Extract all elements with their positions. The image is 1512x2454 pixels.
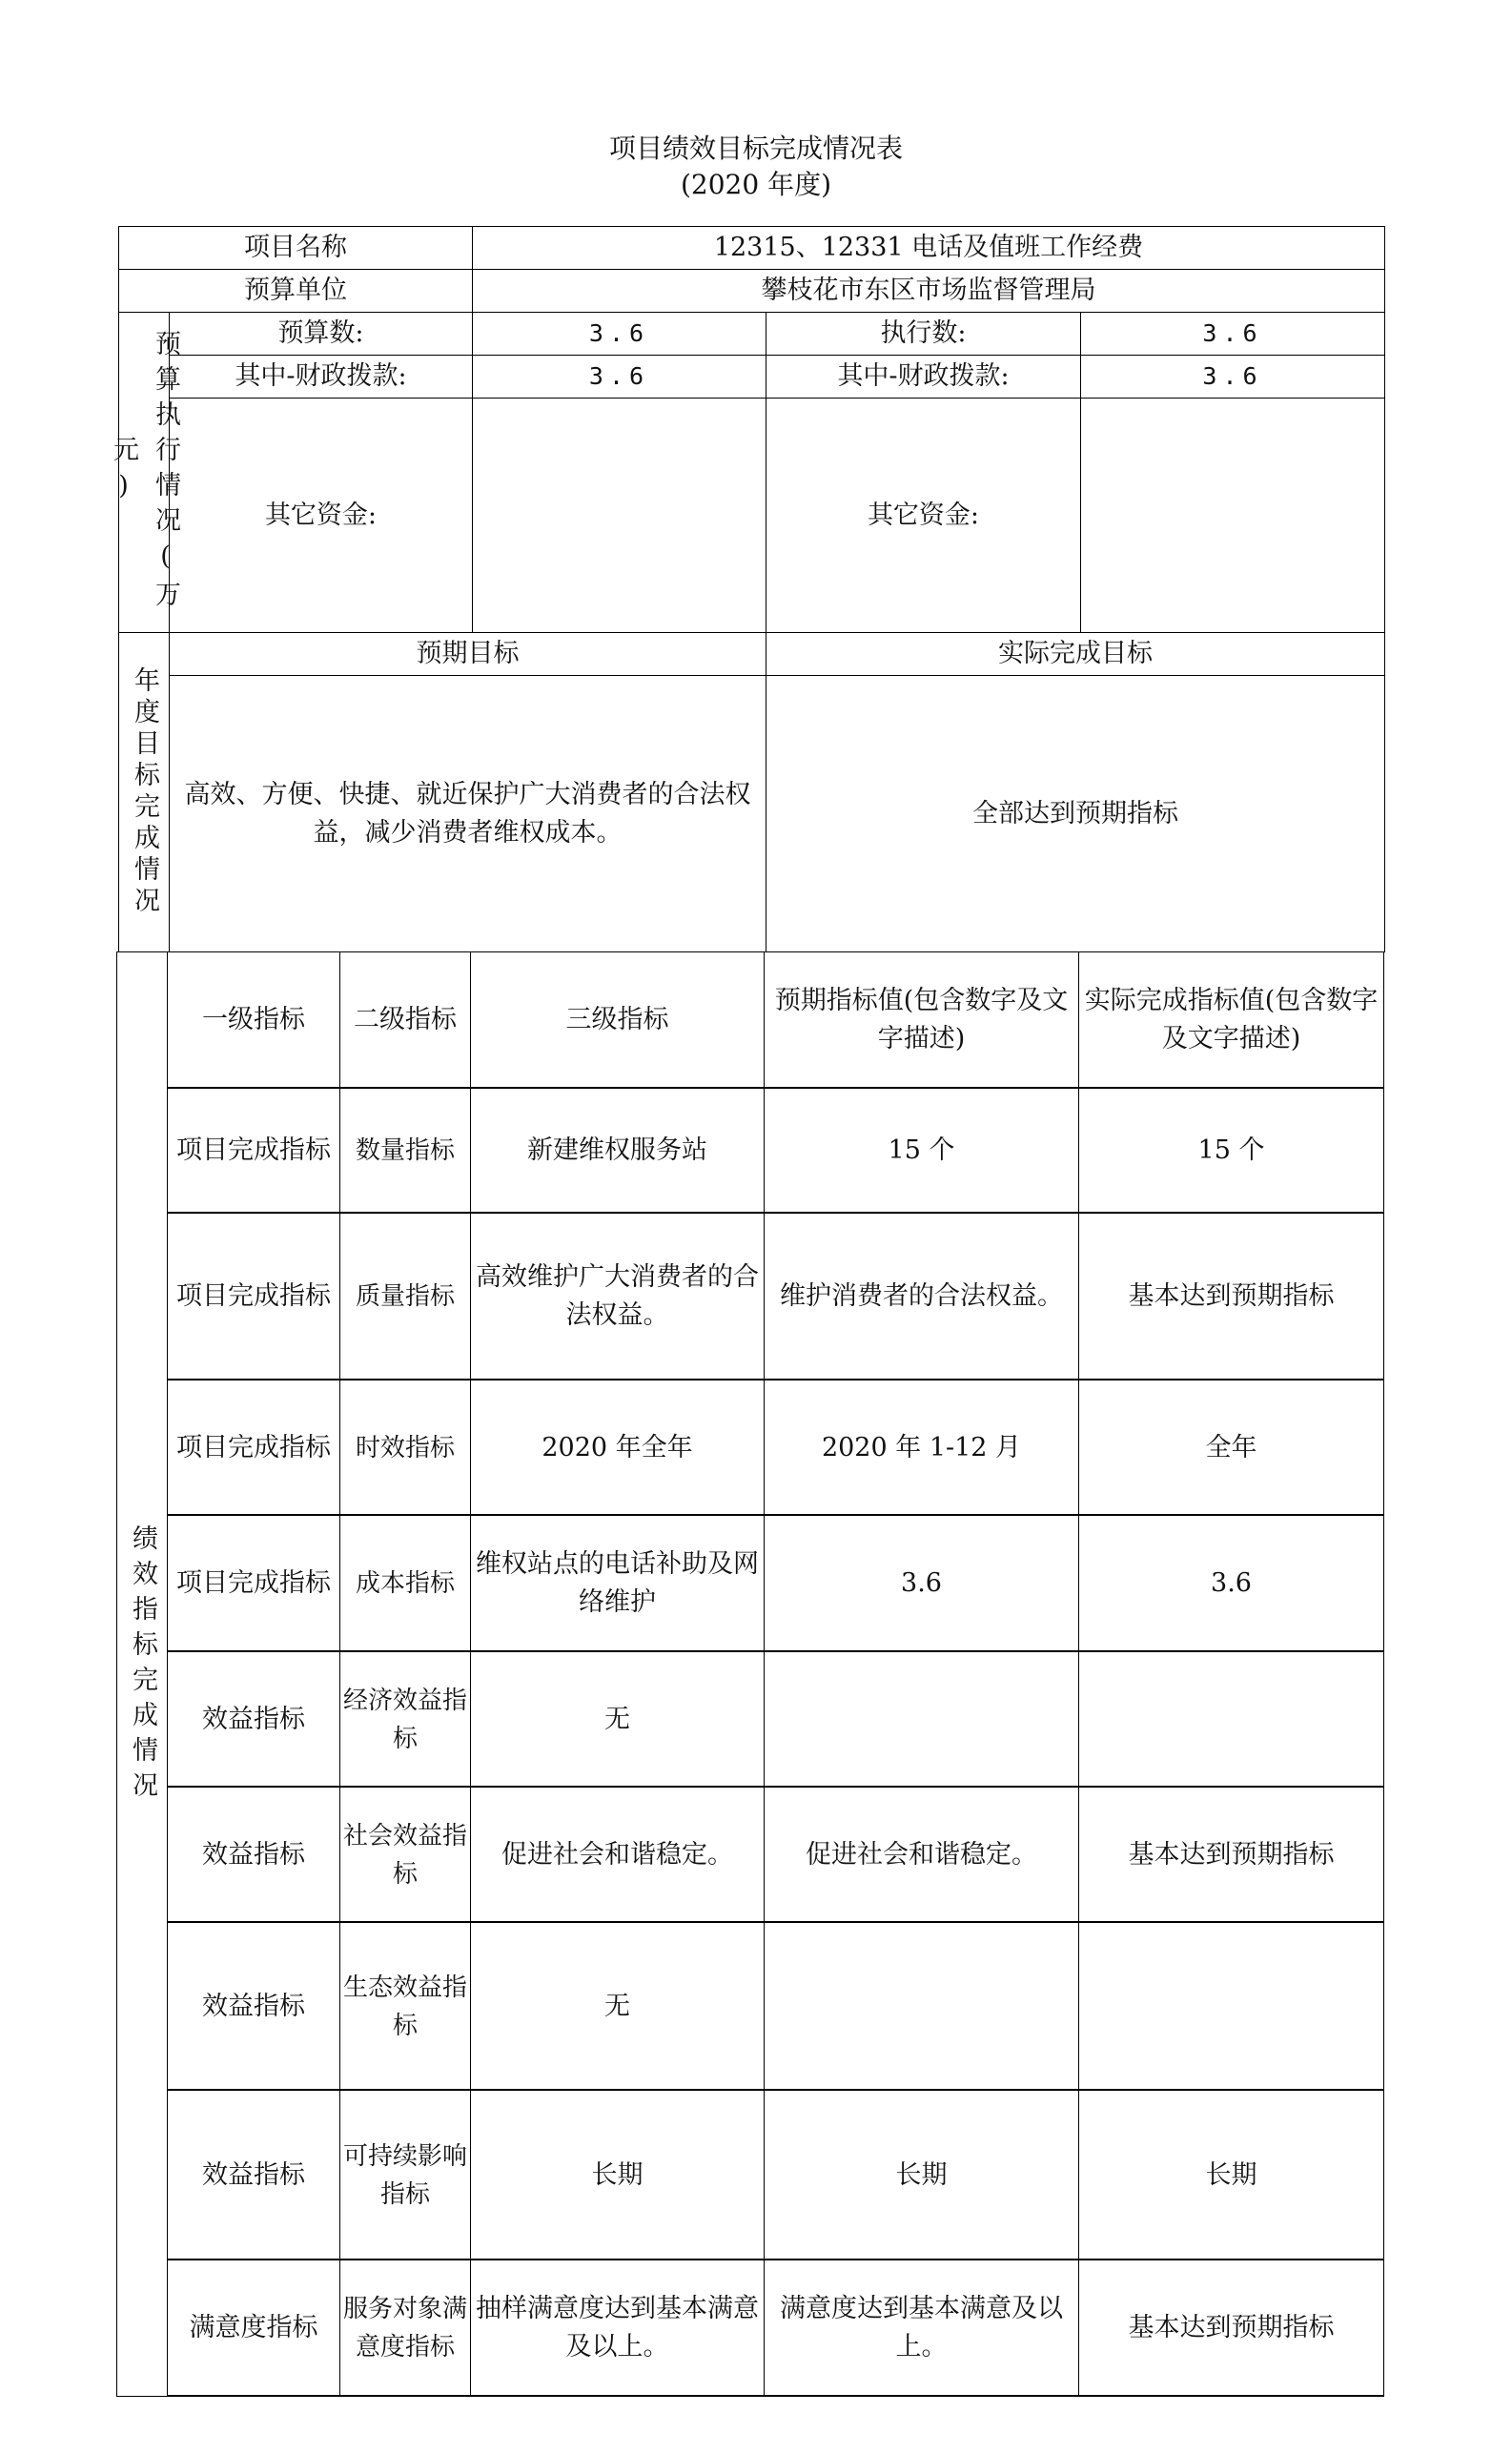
other-funds-value-right — [1080, 398, 1385, 633]
indicator-header-level3: 三级指标 — [470, 951, 765, 1089]
indicator-row-7-level3: 无 — [470, 1922, 765, 2091]
fiscal-value-right: 3.6 — [1080, 355, 1385, 399]
fiscal-value-left: 3.6 — [472, 355, 766, 399]
indicator-row-2-level3: 高效维护广大消费者的合法权益。 — [470, 1213, 765, 1380]
indicator-row-3-level1: 项目完成指标 — [167, 1380, 340, 1516]
exec-amount-value: 3.6 — [1080, 312, 1385, 356]
expected-goal-header: 预期目标 — [169, 632, 766, 676]
indicator-row-7-expected — [764, 1922, 1079, 2091]
indicator-header-level1: 一级指标 — [167, 951, 340, 1089]
indicator-header-actual: 实际完成指标值(包含数字及文字描述) — [1078, 951, 1384, 1089]
fiscal-label-left: 其中-财政拨款: — [169, 355, 473, 399]
actual-goal-text: 全部达到预期指标 — [766, 675, 1385, 952]
indicators-section-text: 绩效指标完成情况 — [123, 1524, 161, 1807]
indicator-row-5-level1: 效益指标 — [167, 1651, 340, 1788]
page-subtitle: (2020 年度) — [0, 164, 1512, 202]
indicator-row-8-actual: 长期 — [1078, 2090, 1384, 2260]
indicator-row-9-level3: 抽样满意度达到基本满意及以上。 — [470, 2260, 765, 2397]
indicator-row-6-level3: 促进社会和谐稳定。 — [470, 1787, 765, 1923]
indicator-row-2-level2: 质量指标 — [339, 1213, 471, 1380]
indicators-section-label: 绩效指标完成情况 — [116, 951, 168, 2397]
indicator-row-6-level1: 效益指标 — [167, 1787, 340, 1923]
indicator-row-4-level3: 维权站点的电话补助及网络维护 — [470, 1515, 765, 1652]
project-name-value: 12315、12331 电话及值班工作经费 — [472, 226, 1385, 270]
row-divider — [167, 2259, 1384, 2260]
indicator-row-3-level3: 2020 年全年 — [470, 1380, 765, 1516]
row-divider — [167, 2089, 1384, 2091]
indicator-row-7-level2: 生态效益指标 — [339, 1922, 471, 2091]
page-title: 项目绩效目标完成情况表 — [0, 128, 1512, 166]
indicator-row-4-level1: 项目完成指标 — [167, 1515, 340, 1652]
indicator-row-2-expected: 维护消费者的合法权益。 — [764, 1213, 1079, 1380]
budget-amount-label: 预算数: — [169, 312, 473, 356]
annual-goal-section-label: 年度目标完成情况 — [118, 632, 170, 952]
budget-unit-label: 预算单位 — [118, 269, 473, 313]
indicator-row-1-level2: 数量指标 — [339, 1088, 471, 1214]
indicator-row-5-expected — [764, 1651, 1079, 1788]
other-funds-value-left — [472, 398, 766, 633]
row-divider — [167, 1921, 1384, 1923]
indicator-row-1-actual: 15 个 — [1078, 1088, 1384, 1214]
row-divider — [167, 1087, 1384, 1089]
indicator-row-4-level2: 成本指标 — [339, 1515, 471, 1652]
budget-amount-value: 3.6 — [472, 312, 766, 356]
indicator-row-5-level3: 无 — [470, 1651, 765, 1788]
indicator-row-3-actual: 全年 — [1078, 1380, 1384, 1516]
expected-goal-text: 高效、方便、快捷、就近保护广大消费者的合法权益，减少消费者维权成本。 — [169, 675, 766, 952]
annual-goal-section-text: 年度目标完成情况 — [123, 666, 165, 918]
indicator-row-8-level3: 长期 — [470, 2090, 765, 2260]
row-divider — [167, 2395, 1384, 2397]
other-funds-label-right: 其它资金: — [766, 398, 1081, 633]
indicator-row-7-actual — [1078, 1922, 1384, 2091]
indicator-header-expected: 预期指标值(包含数字及文字描述) — [764, 951, 1079, 1089]
row-divider — [167, 1514, 1384, 1516]
indicator-row-1-expected: 15 个 — [764, 1088, 1079, 1214]
indicator-row-4-expected: 3.6 — [764, 1515, 1079, 1652]
indicator-row-4-actual: 3.6 — [1078, 1515, 1384, 1652]
exec-amount-label: 执行数: — [766, 312, 1081, 356]
indicator-row-2-actual: 基本达到预期指标 — [1078, 1213, 1384, 1380]
indicator-row-8-expected: 长期 — [764, 2090, 1079, 2260]
indicator-row-2-level1: 项目完成指标 — [167, 1213, 340, 1380]
row-divider — [167, 1786, 1384, 1788]
row-divider — [167, 1212, 1384, 1214]
indicator-row-6-actual: 基本达到预期指标 — [1078, 1787, 1384, 1923]
indicator-row-1-level1: 项目完成指标 — [167, 1088, 340, 1214]
indicator-row-9-expected: 满意度达到基本满意及以上。 — [764, 2260, 1079, 2397]
indicator-row-1-level3: 新建维权服务站 — [470, 1088, 765, 1214]
indicator-row-9-actual: 基本达到预期指标 — [1078, 2260, 1384, 2397]
indicator-row-8-level1: 效益指标 — [167, 2090, 340, 2260]
indicator-row-3-level2: 时效指标 — [339, 1380, 471, 1516]
actual-goal-header: 实际完成目标 — [766, 632, 1385, 676]
other-funds-label-left: 其它资金: — [169, 398, 473, 633]
budget-unit-value: 攀枝花市东区市场监督管理局 — [472, 269, 1385, 313]
indicator-row-6-level2: 社会效益指标 — [339, 1787, 471, 1923]
indicator-header-level2: 二级指标 — [339, 951, 471, 1089]
indicator-row-8-level2: 可持续影响指标 — [339, 2090, 471, 2260]
indicator-row-3-expected: 2020 年 1-12 月 — [764, 1380, 1079, 1516]
indicator-row-6-expected: 促进社会和谐稳定。 — [764, 1787, 1079, 1923]
indicator-row-7-level1: 效益指标 — [167, 1922, 340, 2091]
row-divider — [167, 1379, 1384, 1380]
budget-section-label: 预算执行情况(万元) — [118, 312, 170, 633]
fiscal-label-right: 其中-财政拨款: — [766, 355, 1081, 399]
indicator-row-9-level2: 服务对象满意度指标 — [339, 2260, 471, 2397]
indicator-row-5-level2: 经济效益指标 — [339, 1651, 471, 1788]
indicator-row-5-actual — [1078, 1651, 1384, 1788]
row-divider — [167, 1650, 1384, 1652]
indicator-row-9-level1: 满意度指标 — [167, 2260, 340, 2397]
project-name-label: 项目名称 — [118, 226, 473, 270]
